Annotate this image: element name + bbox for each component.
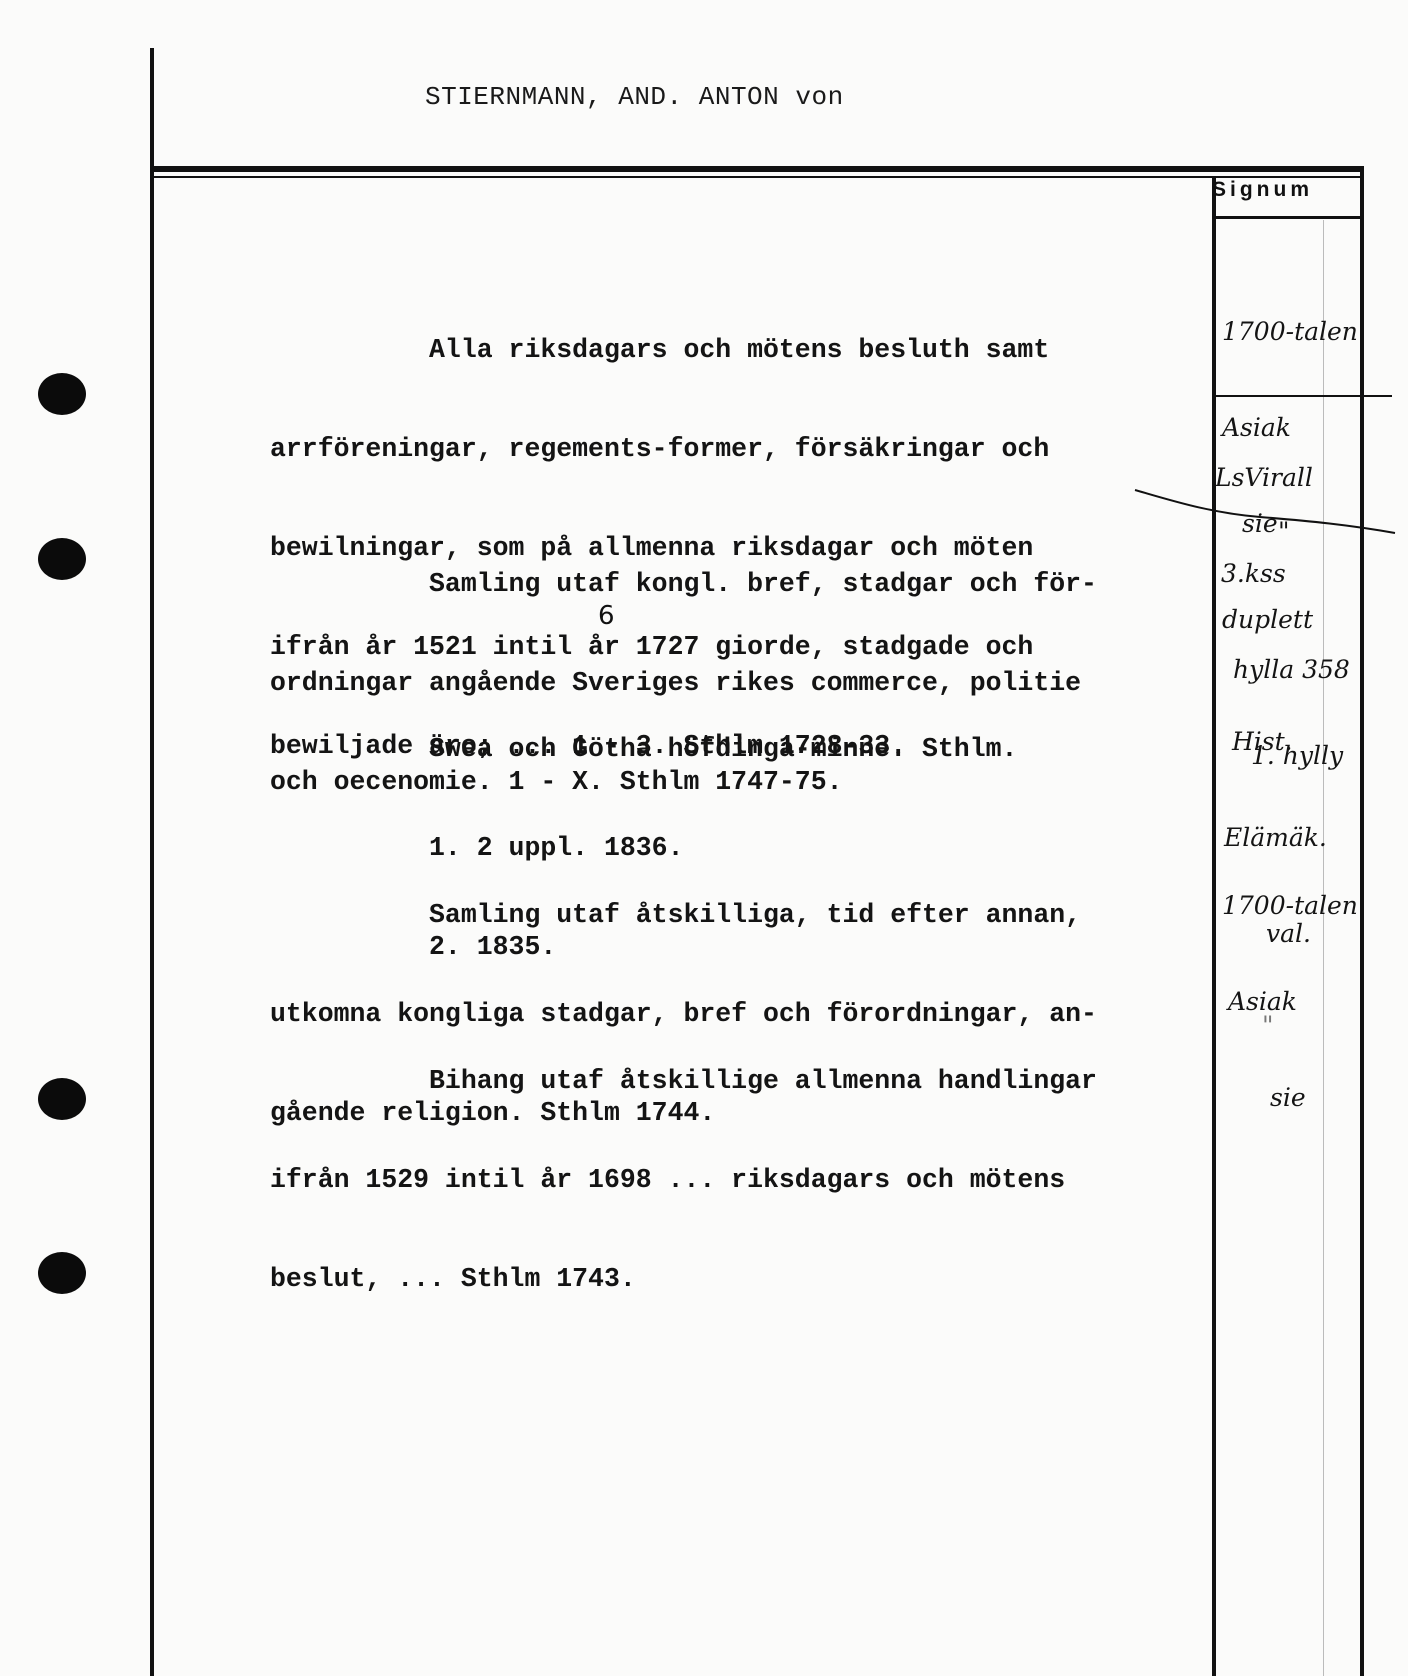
signum-column-label: Signum [1212,178,1362,202]
signum-line: 3.kss [1215,558,1350,590]
entry-line: ifrån 1529 intil år 1698 ... riksdagars … [270,1164,1170,1197]
signum-line: 1700-talen [1222,890,1358,922]
signum-note: 1700-talen Asiak sie [1222,826,1358,1146]
header-rule-thin [152,176,1363,178]
card-right-border [1360,166,1364,1676]
signum-ditto: " [1262,1010,1274,1042]
entry-line: Samling utaf kongl. bref, stadgar och fö… [270,568,1170,601]
signum-header-rule [1212,216,1362,219]
handwritten-stroke [1130,485,1400,535]
card-left-border [150,48,154,1676]
punch-hole [38,1078,86,1120]
entry-line: arrföreningar, regements-former, försäkr… [270,433,1170,466]
entry-line: beslut, ... Sthlm 1743. [270,1263,1170,1296]
signum-divider [1212,395,1392,397]
signum-ditto: " [1278,516,1290,548]
signum-line: 1700-talen [1222,316,1358,348]
signum-line: Hist. [1232,726,1327,758]
punch-hole [38,1252,86,1294]
catalog-entry: Bihang utaf åtskillige allmenna handling… [270,999,1170,1329]
signum-line: sie [1222,1082,1358,1114]
entry-line: Samling utaf åtskilliga, tid efter annan… [270,899,1170,932]
punch-hole [38,373,86,415]
header-rule-thick [152,166,1363,172]
signum-line: Asiak [1222,986,1358,1018]
entry-line: Swea och Götha höfdinga-minne. Sthlm. [270,733,1170,766]
entry-line: Bihang utaf åtskillige allmenna handling… [270,1065,1170,1098]
punch-hole [38,538,86,580]
card-heading: STIERNMANN, AND. ANTON von [425,82,844,112]
entry-line: Alla riksdagars och mötens besluth samt [270,334,1170,367]
handwritten-correction: 6 [598,601,615,631]
